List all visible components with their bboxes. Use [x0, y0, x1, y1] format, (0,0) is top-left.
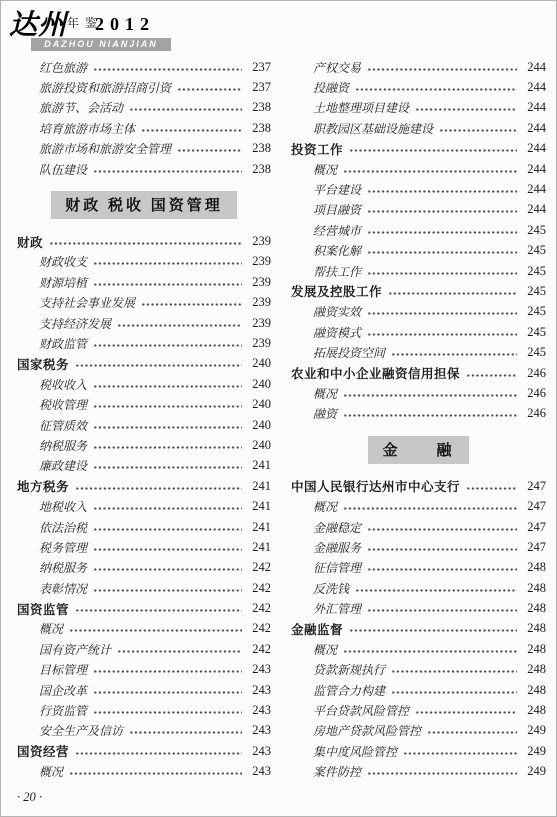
- toc-entry: 投融资244: [291, 77, 546, 97]
- dot-leader: [367, 190, 517, 193]
- toc-entry: 安全生产及信访243: [17, 721, 271, 741]
- page-number: · 20 ·: [17, 790, 42, 805]
- toc-entry-title: 金融服务: [313, 539, 361, 556]
- toc-entry-title: 融资实效: [313, 303, 361, 320]
- toc-entry-page: 247: [521, 499, 546, 514]
- dot-leader: [93, 466, 242, 469]
- toc-entry: 财政239: [17, 231, 271, 251]
- dot-leader: [367, 528, 517, 531]
- toc-entry: 案件防控249: [291, 762, 546, 782]
- toc-entry-title: 概况: [313, 385, 337, 402]
- toc-entry: 融资246: [291, 404, 546, 424]
- toc-entry-page: 242: [246, 581, 271, 596]
- toc-entry: 投资工作244: [291, 139, 546, 159]
- dot-leader: [93, 528, 242, 531]
- toc-entry-page: 237: [246, 60, 271, 75]
- toc-entry: 征信管理248: [291, 558, 546, 578]
- toc-entry-page: 243: [246, 764, 271, 779]
- dot-leader: [367, 568, 517, 571]
- toc-entry-title: 队伍建设: [39, 161, 87, 178]
- toc-entry-title: 税收管理: [39, 396, 87, 413]
- toc-entry-page: 249: [521, 723, 546, 738]
- toc-entry: 旅游节、会活动238: [17, 98, 271, 118]
- toc-entry-page: 248: [521, 601, 546, 616]
- toc-entry-page: 248: [521, 703, 546, 718]
- toc-entry: 红色旅游237: [17, 57, 271, 77]
- toc-entry: 发展及控股工作245: [291, 281, 546, 301]
- dot-leader: [349, 629, 517, 632]
- toc-entry-page: 247: [521, 520, 546, 535]
- toc-entry-page: 244: [521, 141, 546, 156]
- toc-entry: 支持社会事业发展239: [17, 293, 271, 313]
- toc-entry-page: 247: [521, 540, 546, 555]
- dot-leader: [391, 691, 517, 694]
- toc-entry: 金融监督248: [291, 619, 546, 639]
- toc-entry: 农业和中小企业融资信用担保246: [291, 363, 546, 383]
- dot-leader: [117, 650, 242, 653]
- toc-entry-page: 248: [521, 642, 546, 657]
- toc-entry: 依法治税241: [17, 517, 271, 537]
- dot-leader: [93, 711, 242, 714]
- toc-entry-page: 244: [521, 60, 546, 75]
- toc-entry-title: 旅游投资和旅游招商引资: [39, 79, 171, 96]
- toc-entry-title: 地方税务: [17, 477, 69, 495]
- toc-entry-page: 238: [246, 121, 271, 136]
- toc-entry: 职教园区基础设施建设244: [291, 118, 546, 138]
- toc-entry: 经营城市245: [291, 220, 546, 240]
- toc-entry-title: 监管合力构建: [313, 682, 385, 699]
- toc-entry-title: 平台贷款风险管控: [313, 702, 409, 719]
- dot-leader: [439, 129, 517, 132]
- toc-entry: 概况247: [291, 496, 546, 516]
- toc-entry: 财政监管239: [17, 333, 271, 353]
- toc-entry: 帮扶工作245: [291, 261, 546, 281]
- toc-entry-title: 廉政建设: [39, 457, 87, 474]
- toc-entry-title: 征信管理: [313, 559, 361, 576]
- toc-entry-page: 244: [521, 80, 546, 95]
- dot-leader: [177, 149, 242, 152]
- dot-leader: [129, 731, 242, 734]
- dot-leader: [75, 364, 242, 367]
- toc-entry-page: 242: [246, 642, 271, 657]
- toc-entry-title: 红色旅游: [39, 59, 87, 76]
- toc-entry: 国企改革243: [17, 680, 271, 700]
- dot-leader: [466, 374, 517, 377]
- toc-entry-title: 纳税服务: [39, 559, 87, 576]
- left-column: 红色旅游237旅游投资和旅游招商引资237旅游节、会活动238培育旅游市场主体2…: [17, 57, 271, 782]
- toc-entry-page: 249: [521, 764, 546, 779]
- toc-entry-page: 246: [521, 406, 546, 421]
- toc-entry-page: 243: [246, 723, 271, 738]
- toc-entry-page: 249: [521, 744, 546, 759]
- dot-leader: [466, 487, 517, 490]
- toc-entry-title: 概况: [313, 641, 337, 658]
- toc-entry-page: 248: [521, 683, 546, 698]
- toc-entry-page: 241: [246, 479, 271, 494]
- dot-leader: [367, 548, 517, 551]
- toc-entry-page: 247: [521, 479, 546, 494]
- toc-entry-page: 243: [246, 703, 271, 718]
- dot-leader: [355, 88, 517, 91]
- toc-entry-page: 242: [246, 560, 271, 575]
- dot-leader: [93, 405, 242, 408]
- dot-leader: [367, 272, 517, 275]
- toc-entry-title: 贷款新规执行: [313, 661, 385, 678]
- toc-entry-page: 245: [521, 304, 546, 319]
- toc-entry: 财源培植239: [17, 272, 271, 292]
- dot-leader: [93, 68, 242, 71]
- dot-leader: [403, 752, 517, 755]
- toc-entry: 纳税服务240: [17, 435, 271, 455]
- toc-entry: 平台建设244: [291, 179, 546, 199]
- toc-entry: 中国人民银行达州市中心支行247: [291, 476, 546, 496]
- toc-entry-page: 248: [521, 581, 546, 596]
- brand-year: 2012: [95, 14, 155, 35]
- dot-leader: [388, 292, 517, 295]
- dot-leader: [93, 568, 242, 571]
- toc-entry-title: 金融监督: [291, 620, 343, 638]
- toc-entry: 国有资产统计242: [17, 639, 271, 659]
- dot-leader: [93, 170, 242, 173]
- toc-entry: 融资实效245: [291, 302, 546, 322]
- toc-entry: 金融稳定247: [291, 517, 546, 537]
- toc-entry-title: 反洗钱: [313, 580, 349, 597]
- toc-entry-page: 240: [246, 418, 271, 433]
- toc-entry-title: 依法治税: [39, 519, 87, 536]
- toc-entry-page: 240: [246, 356, 271, 371]
- dot-leader: [367, 68, 517, 71]
- toc-entry: 支持经济发展239: [17, 313, 271, 333]
- toc-entry-page: 239: [246, 275, 271, 290]
- dot-leader: [367, 251, 517, 254]
- dot-leader: [367, 772, 517, 775]
- toc-entry: 税收收入240: [17, 374, 271, 394]
- toc-entry-page: 245: [521, 223, 546, 238]
- toc-entry-title: 国资监管: [17, 600, 69, 618]
- toc-entry-page: 244: [521, 202, 546, 217]
- toc-entry: 土地整理项目建设244: [291, 98, 546, 118]
- toc-entry-title: 项目融资: [313, 201, 361, 218]
- dot-leader: [367, 210, 517, 213]
- toc-entry-title: 培育旅游市场主体: [39, 120, 135, 137]
- dot-leader: [93, 589, 242, 592]
- toc-entry-title: 金融稳定: [313, 519, 361, 536]
- section-header: 财政 税收 国资管理: [51, 191, 237, 219]
- toc-entry-title: 税务管理: [39, 539, 87, 556]
- toc-entry-title: 房地产贷款风险管控: [313, 722, 421, 739]
- toc-entry-page: 243: [246, 683, 271, 698]
- dot-leader: [349, 149, 517, 152]
- toc-entry-page: 240: [246, 377, 271, 392]
- dot-leader: [355, 589, 517, 592]
- toc-entry: 贷款新规执行248: [291, 660, 546, 680]
- toc-entry-title: 表彰情况: [39, 580, 87, 597]
- section-header-wrap: 财政 税收 国资管理: [17, 191, 271, 219]
- toc-entry-title: 财源培植: [39, 274, 87, 291]
- toc-entry: 概况243: [17, 762, 271, 782]
- dot-leader: [117, 324, 242, 327]
- toc-entry-title: 土地整理项目建设: [313, 99, 409, 116]
- toc-entry: 集中度风险管控249: [291, 741, 546, 761]
- toc-entry-title: 支持经济发展: [39, 315, 111, 332]
- toc-entry-page: 240: [246, 397, 271, 412]
- right-column: 产权交易244投融资244土地整理项目建设244职教园区基础设施建设244投资工…: [291, 57, 546, 782]
- toc-entry-title: 拓展投资空间: [313, 344, 385, 361]
- toc-entry-page: 239: [246, 254, 271, 269]
- dot-leader: [93, 262, 242, 265]
- toc-entry-title: 国有资产统计: [39, 641, 111, 658]
- toc-entry: 项目融资244: [291, 200, 546, 220]
- toc-entry-page: 243: [246, 662, 271, 677]
- toc-entry-title: 旅游节、会活动: [39, 99, 123, 116]
- toc-entry: 产权交易244: [291, 57, 546, 77]
- dot-leader: [93, 426, 242, 429]
- dot-leader: [343, 170, 517, 173]
- dot-leader: [177, 88, 242, 91]
- dot-leader: [427, 731, 517, 734]
- toc-entry: 培育旅游市场主体238: [17, 118, 271, 138]
- toc-entry: 房地产贷款风险管控249: [291, 721, 546, 741]
- toc-entry-page: 246: [521, 386, 546, 401]
- toc-entry-page: 239: [246, 336, 271, 351]
- toc-entry-title: 安全生产及信访: [39, 722, 123, 739]
- toc-entry-title: 外汇管理: [313, 600, 361, 617]
- toc-entry-page: 245: [521, 325, 546, 340]
- toc-entry-title: 国企改革: [39, 682, 87, 699]
- dot-leader: [75, 752, 242, 755]
- toc-entry: 表彰情况242: [17, 578, 271, 598]
- dot-leader: [343, 650, 517, 653]
- toc-entry: 监管合力构建248: [291, 680, 546, 700]
- toc-entry-page: 248: [521, 662, 546, 677]
- toc-entry: 国资监管242: [17, 598, 271, 618]
- toc-entry: 平台贷款风险管控248: [291, 700, 546, 720]
- toc-entry: 概况242: [17, 619, 271, 639]
- toc-entry-title: 概况: [39, 763, 63, 780]
- toc-entry: 廉政建设241: [17, 456, 271, 476]
- toc-entry: 概况246: [291, 383, 546, 403]
- toc-entry-page: 248: [521, 621, 546, 636]
- dot-leader: [93, 385, 242, 388]
- toc-entry: 金融服务247: [291, 537, 546, 557]
- dot-leader: [367, 333, 517, 336]
- dot-leader: [129, 108, 242, 111]
- toc-entry-title: 概况: [313, 161, 337, 178]
- toc-entry-title: 概况: [39, 620, 63, 637]
- dot-leader: [69, 772, 242, 775]
- toc-entry: 概况244: [291, 159, 546, 179]
- toc-entry-page: 244: [521, 182, 546, 197]
- toc-entry-page: 245: [521, 284, 546, 299]
- toc-entry-page: 242: [246, 621, 271, 636]
- toc-entry-title: 产权交易: [313, 59, 361, 76]
- toc-entry-title: 税收收入: [39, 376, 87, 393]
- toc-entry: 旅游投资和旅游招商引资237: [17, 77, 271, 97]
- toc-entry-page: 245: [521, 243, 546, 258]
- masthead: 达州 年鉴 2012 DAZHOU NIANJIAN: [1, 1, 261, 55]
- toc-entry: 国家税务240: [17, 354, 271, 374]
- toc-entry-title: 国资经营: [17, 742, 69, 760]
- toc-entry-page: 240: [246, 438, 271, 453]
- dot-leader: [367, 609, 517, 612]
- toc-entry-title: 发展及控股工作: [291, 282, 382, 300]
- toc-entry: 融资模式245: [291, 322, 546, 342]
- dot-leader: [141, 129, 242, 132]
- toc-entry-title: 概况: [313, 498, 337, 515]
- toc-entry-title: 财政收支: [39, 253, 87, 270]
- dot-leader: [141, 303, 242, 306]
- toc-entry-title: 支持社会事业发展: [39, 294, 135, 311]
- toc-entry-page: 244: [521, 162, 546, 177]
- dot-leader: [93, 507, 242, 510]
- toc-entry-title: 积案化解: [313, 242, 361, 259]
- brand-title-cn: 达州: [9, 3, 67, 43]
- dot-leader: [75, 609, 242, 612]
- toc-entry-page: 238: [246, 162, 271, 177]
- toc-entry: 拓展投资空间245: [291, 342, 546, 362]
- toc-entry-title: 地税收入: [39, 498, 87, 515]
- toc-entry: 地方税务241: [17, 476, 271, 496]
- toc-entry-title: 帮扶工作: [313, 263, 361, 280]
- toc-entry-page: 245: [521, 264, 546, 279]
- toc-entry-title: 财政: [17, 233, 43, 251]
- toc-entry-page: 241: [246, 499, 271, 514]
- toc-entry-title: 纳税服务: [39, 437, 87, 454]
- toc-entry-page: 246: [521, 366, 546, 381]
- toc-entry-page: 244: [521, 100, 546, 115]
- toc-entry: 征管质效240: [17, 415, 271, 435]
- toc-entry-title: 投资工作: [291, 140, 343, 158]
- toc-entry: 外汇管理248: [291, 598, 546, 618]
- dot-leader: [391, 670, 517, 673]
- toc-entry-page: 238: [246, 141, 271, 156]
- toc-entry-page: 245: [521, 345, 546, 360]
- toc-entry-title: 国家税务: [17, 355, 69, 373]
- toc-entry-title: 中国人民银行达州市中心支行: [291, 477, 460, 495]
- toc-entry-title: 征管质效: [39, 417, 87, 434]
- dot-leader: [93, 283, 242, 286]
- toc-entry-title: 经营城市: [313, 222, 361, 239]
- toc-entry-title: 融资: [313, 405, 337, 422]
- brand-pinyin-bar: DAZHOU NIANJIAN: [31, 38, 171, 51]
- toc-entry-page: 239: [246, 316, 271, 331]
- toc-entry-page: 239: [246, 295, 271, 310]
- dot-leader: [93, 548, 242, 551]
- dot-leader: [93, 446, 242, 449]
- section-header-wrap: 金 融: [291, 436, 546, 464]
- toc-entry-page: 243: [246, 744, 271, 759]
- dot-leader: [93, 670, 242, 673]
- toc-entry-page: 238: [246, 100, 271, 115]
- toc-entry: 纳税服务242: [17, 558, 271, 578]
- yearbook-toc-page: 达州 年鉴 2012 DAZHOU NIANJIAN 红色旅游237旅游投资和旅…: [0, 0, 557, 817]
- toc-entry-page: 242: [246, 601, 271, 616]
- dot-leader: [93, 344, 242, 347]
- toc-entry-title: 目标管理: [39, 661, 87, 678]
- toc-entry-page: 248: [521, 560, 546, 575]
- toc-entry-title: 农业和中小企业融资信用担保: [291, 364, 460, 382]
- brand-pinyin-text: DAZHOU NIANJIAN: [44, 39, 158, 49]
- toc-entry-title: 投融资: [313, 79, 349, 96]
- toc-entry-page: 237: [246, 80, 271, 95]
- toc-entry: 积案化解245: [291, 241, 546, 261]
- dot-leader: [343, 394, 517, 397]
- toc-entry-page: 241: [246, 458, 271, 473]
- dot-leader: [391, 353, 517, 356]
- toc-entry: 税务管理241: [17, 537, 271, 557]
- toc-entry-page: 241: [246, 540, 271, 555]
- toc-entry-title: 集中度风险管控: [313, 743, 397, 760]
- toc-entry-title: 财政监管: [39, 335, 87, 352]
- toc-entry-page: 241: [246, 520, 271, 535]
- dot-leader: [75, 487, 242, 490]
- dot-leader: [93, 691, 242, 694]
- toc-entry-title: 融资模式: [313, 324, 361, 341]
- toc-entry: 目标管理243: [17, 660, 271, 680]
- dot-leader: [415, 711, 517, 714]
- toc-entry-title: 行资监管: [39, 702, 87, 719]
- dot-leader: [415, 108, 517, 111]
- toc-entry: 概况248: [291, 639, 546, 659]
- toc-entry: 国资经营243: [17, 741, 271, 761]
- toc-entry: 财政收支239: [17, 252, 271, 272]
- toc-entry-title: 平台建设: [313, 181, 361, 198]
- dot-leader: [343, 414, 517, 417]
- toc-entry: 行资监管243: [17, 700, 271, 720]
- toc-entry-title: 旅游市场和旅游安全管理: [39, 140, 171, 157]
- dot-leader: [49, 242, 242, 245]
- section-header: 金 融: [368, 436, 468, 464]
- toc-entry: 队伍建设238: [17, 159, 271, 179]
- dot-leader: [367, 231, 517, 234]
- toc-entry: 地税收入241: [17, 496, 271, 516]
- toc-entry-page: 239: [246, 234, 271, 249]
- dot-leader: [367, 312, 517, 315]
- toc-entry: 反洗钱248: [291, 578, 546, 598]
- dot-leader: [69, 629, 242, 632]
- toc-entry-title: 案件防控: [313, 763, 361, 780]
- toc-entry-title: 职教园区基础设施建设: [313, 120, 433, 137]
- toc-entry-page: 244: [521, 121, 546, 136]
- toc-entry: 税收管理240: [17, 394, 271, 414]
- dot-leader: [343, 507, 517, 510]
- toc-entry: 旅游市场和旅游安全管理238: [17, 139, 271, 159]
